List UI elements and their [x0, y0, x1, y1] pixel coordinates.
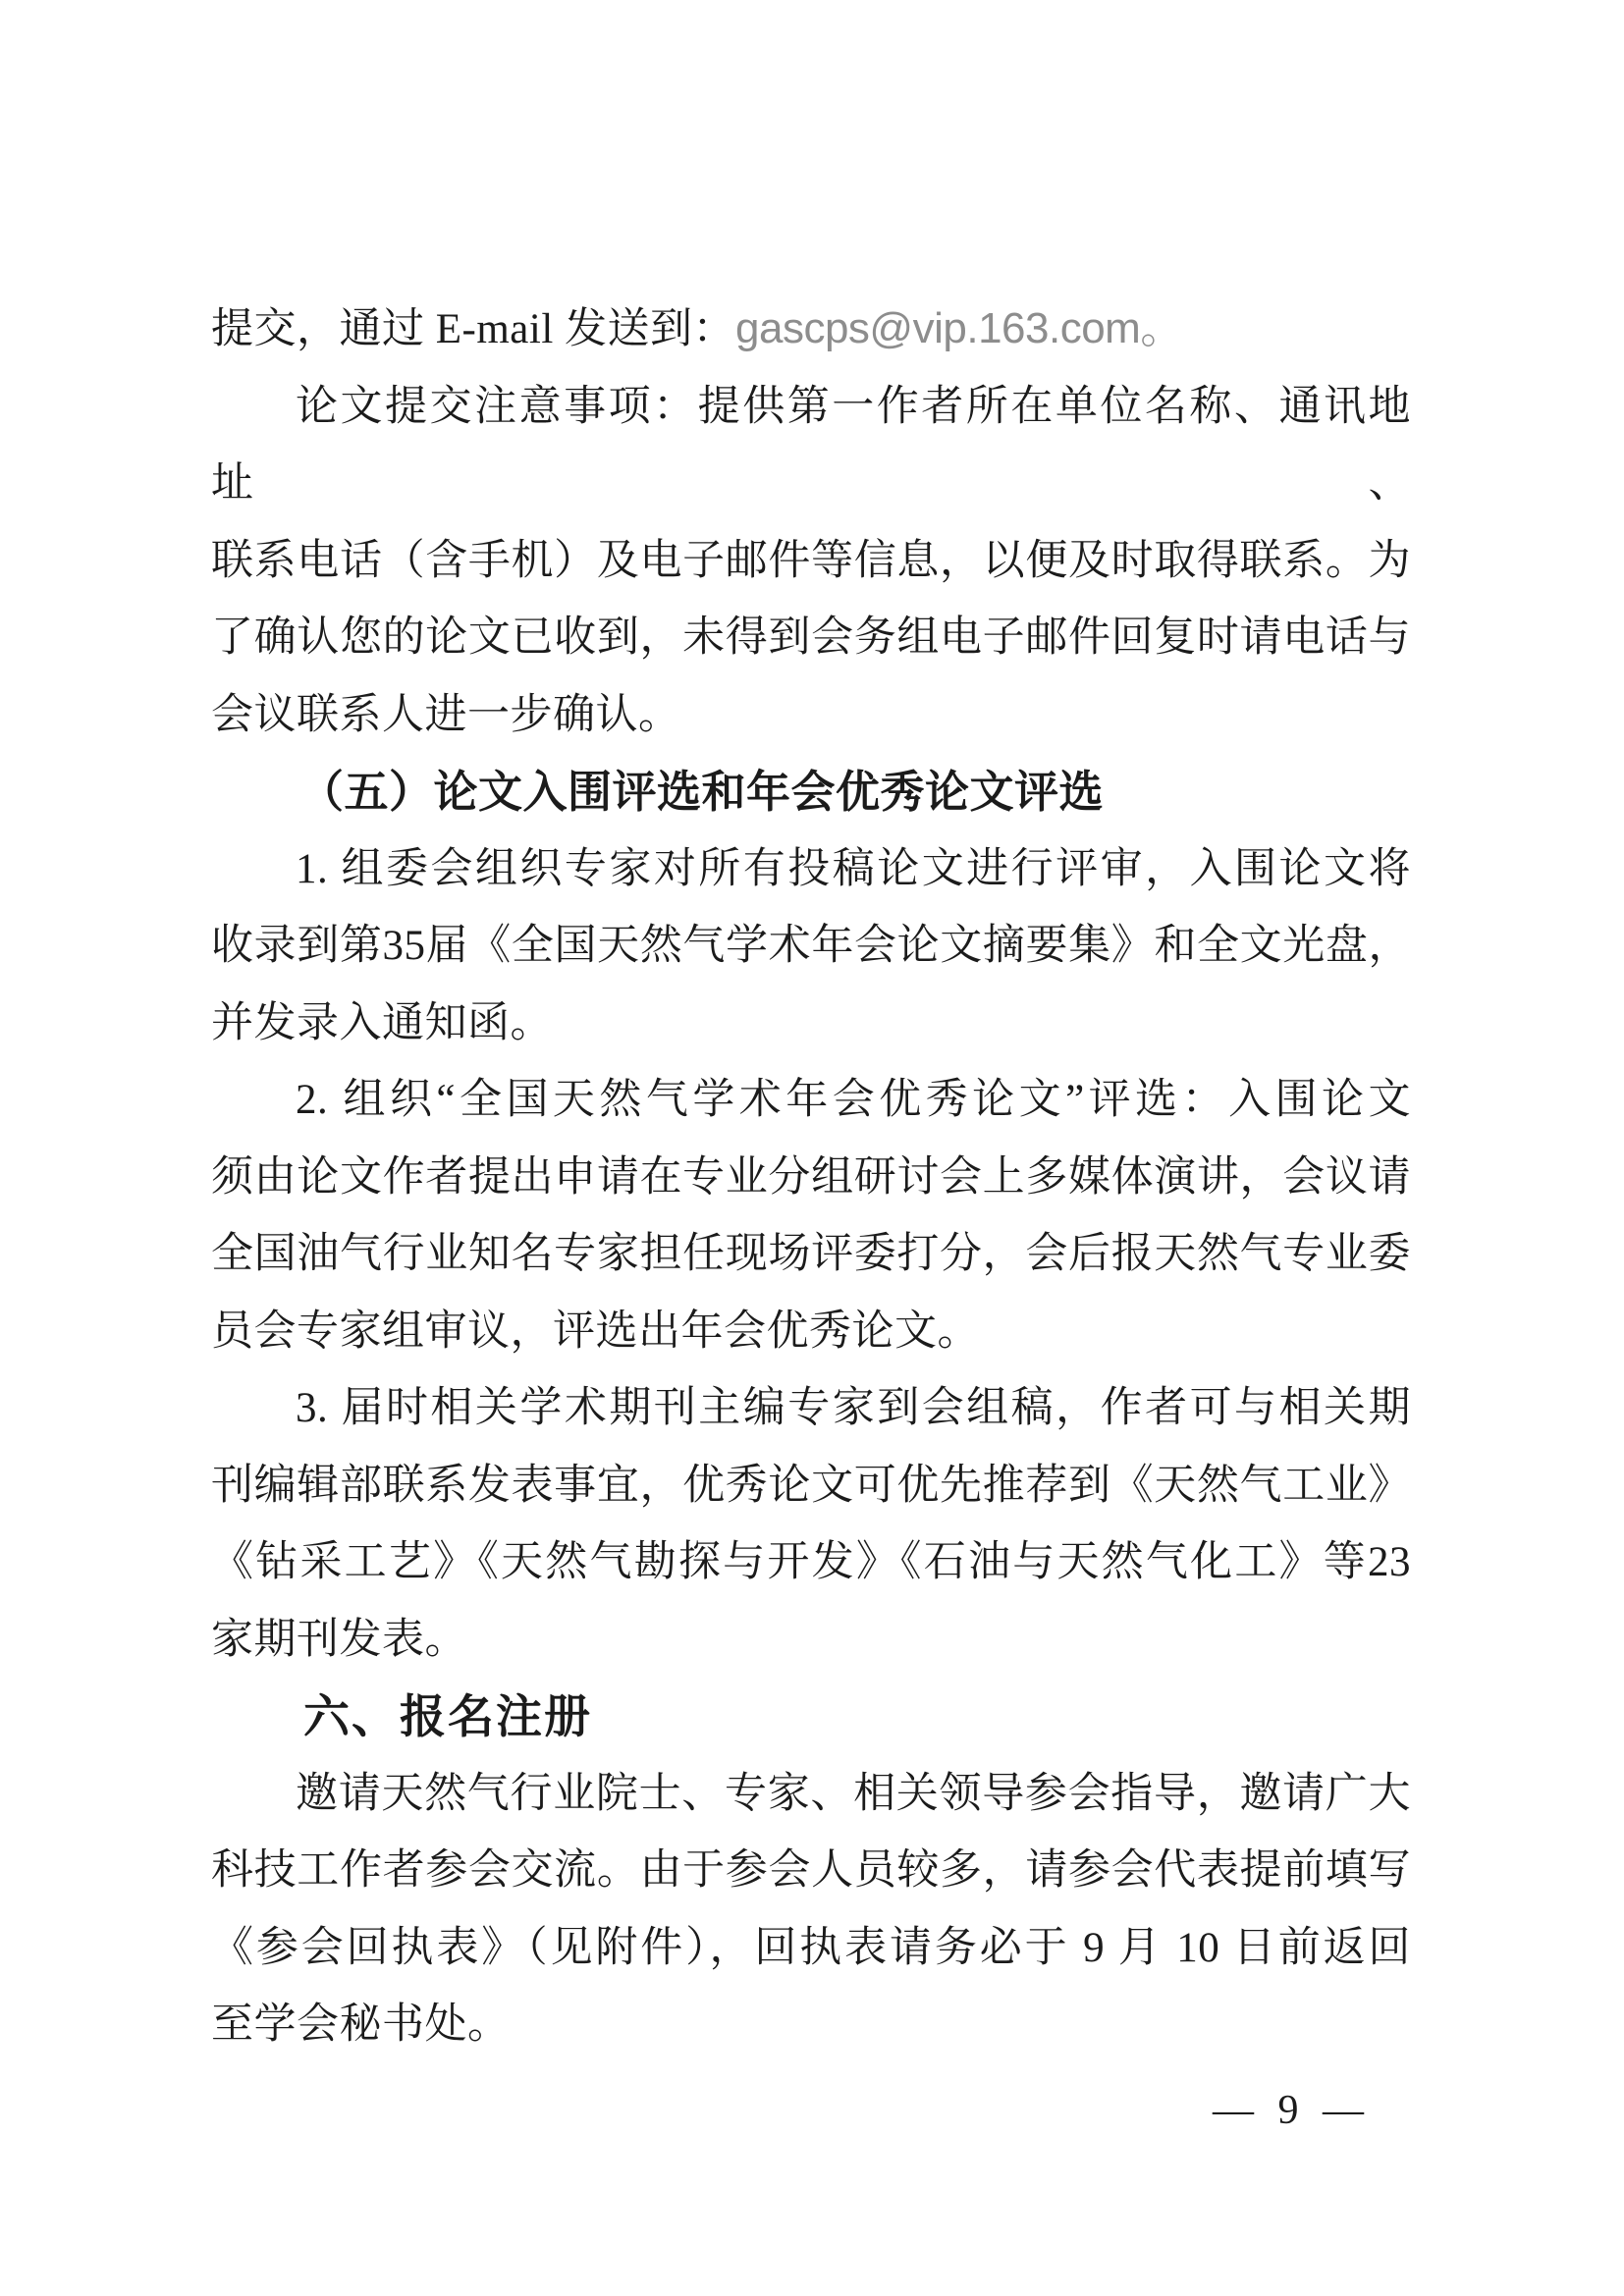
paragraph-line: 《钻采工艺》《天然气勘探与开发》《石油与天然气化工》等23 — [211, 1524, 1411, 1602]
paragraph-line: 3. 届时相关学术期刊主编专家到会组稿，作者可与相关期 — [211, 1370, 1411, 1448]
paragraph-line: 论文提交注意事项：提供第一作者所在单位名称、通讯地址、 — [211, 369, 1411, 523]
paragraph-line: 员会专家组审议，评选出年会优秀论文。 — [211, 1294, 1411, 1371]
paragraph-line: 至学会秘书处。 — [211, 1987, 1411, 2064]
paragraph-line: 须由论文作者提出申请在专业分组研讨会上多媒体演讲，会议请 — [211, 1140, 1411, 1217]
paragraph-line: 邀请天然气行业院士、专家、相关领导参会指导，邀请广大 — [211, 1756, 1411, 1834]
section5-heading: （五）论文入围评选和年会优秀论文评选 — [211, 754, 1411, 831]
paragraph-line: 并发录入通知函。 — [211, 986, 1411, 1063]
paragraph-line: 会议联系人进一步确认。 — [211, 677, 1411, 755]
section6-heading: 六、报名注册 — [211, 1679, 1411, 1756]
paragraph-line: 全国油气行业知名专家担任现场评委打分，会后报天然气专业委 — [211, 1216, 1411, 1294]
paragraph-line: 1. 组委会组织专家对所有投稿论文进行评审，入围论文将 — [211, 831, 1411, 909]
paragraph-line: 联系电话（含手机）及电子邮件等信息，以便及时取得联系。为 — [211, 523, 1411, 601]
paragraph-line: 家期刊发表。 — [211, 1602, 1411, 1680]
paragraph-line: 2. 组织“全国天然气学术年会优秀论文”评选：入围论文 — [211, 1062, 1411, 1140]
paragraph-line-email-submit: 提交，通过 E-mail 发送到：gascps@vip.163.com。 — [211, 291, 1411, 369]
paragraph-line: 《参会回执表》（见附件），回执表请务必于 9 月 10 日前返回 — [211, 1910, 1411, 1988]
paragraph-line: 收录到第35届《全国天然气学术年会论文摘要集》和全文光盘， — [211, 908, 1411, 986]
paragraph-line: 科技工作者参会交流。由于参会人员较多，请参会代表提前填写 — [211, 1833, 1411, 1910]
paragraph-line: 了确认您的论文已收到，未得到会务组电子邮件回复时请电话与 — [211, 600, 1411, 677]
paragraph-line: 刊编辑部联系发表事宜，优秀论文可优先推荐到《天然气工业》 — [211, 1448, 1411, 1525]
document-page: 提交，通过 E-mail 发送到：gascps@vip.163.com。 论文提… — [0, 0, 1624, 2296]
email-address: gascps@vip.163.com。 — [735, 304, 1183, 352]
page-number: — 9 — — [1213, 2087, 1371, 2134]
email-line-prefix: 提交，通过 E-mail 发送到： — [211, 306, 735, 352]
document-body: 提交，通过 E-mail 发送到：gascps@vip.163.com。 论文提… — [211, 291, 1411, 2064]
